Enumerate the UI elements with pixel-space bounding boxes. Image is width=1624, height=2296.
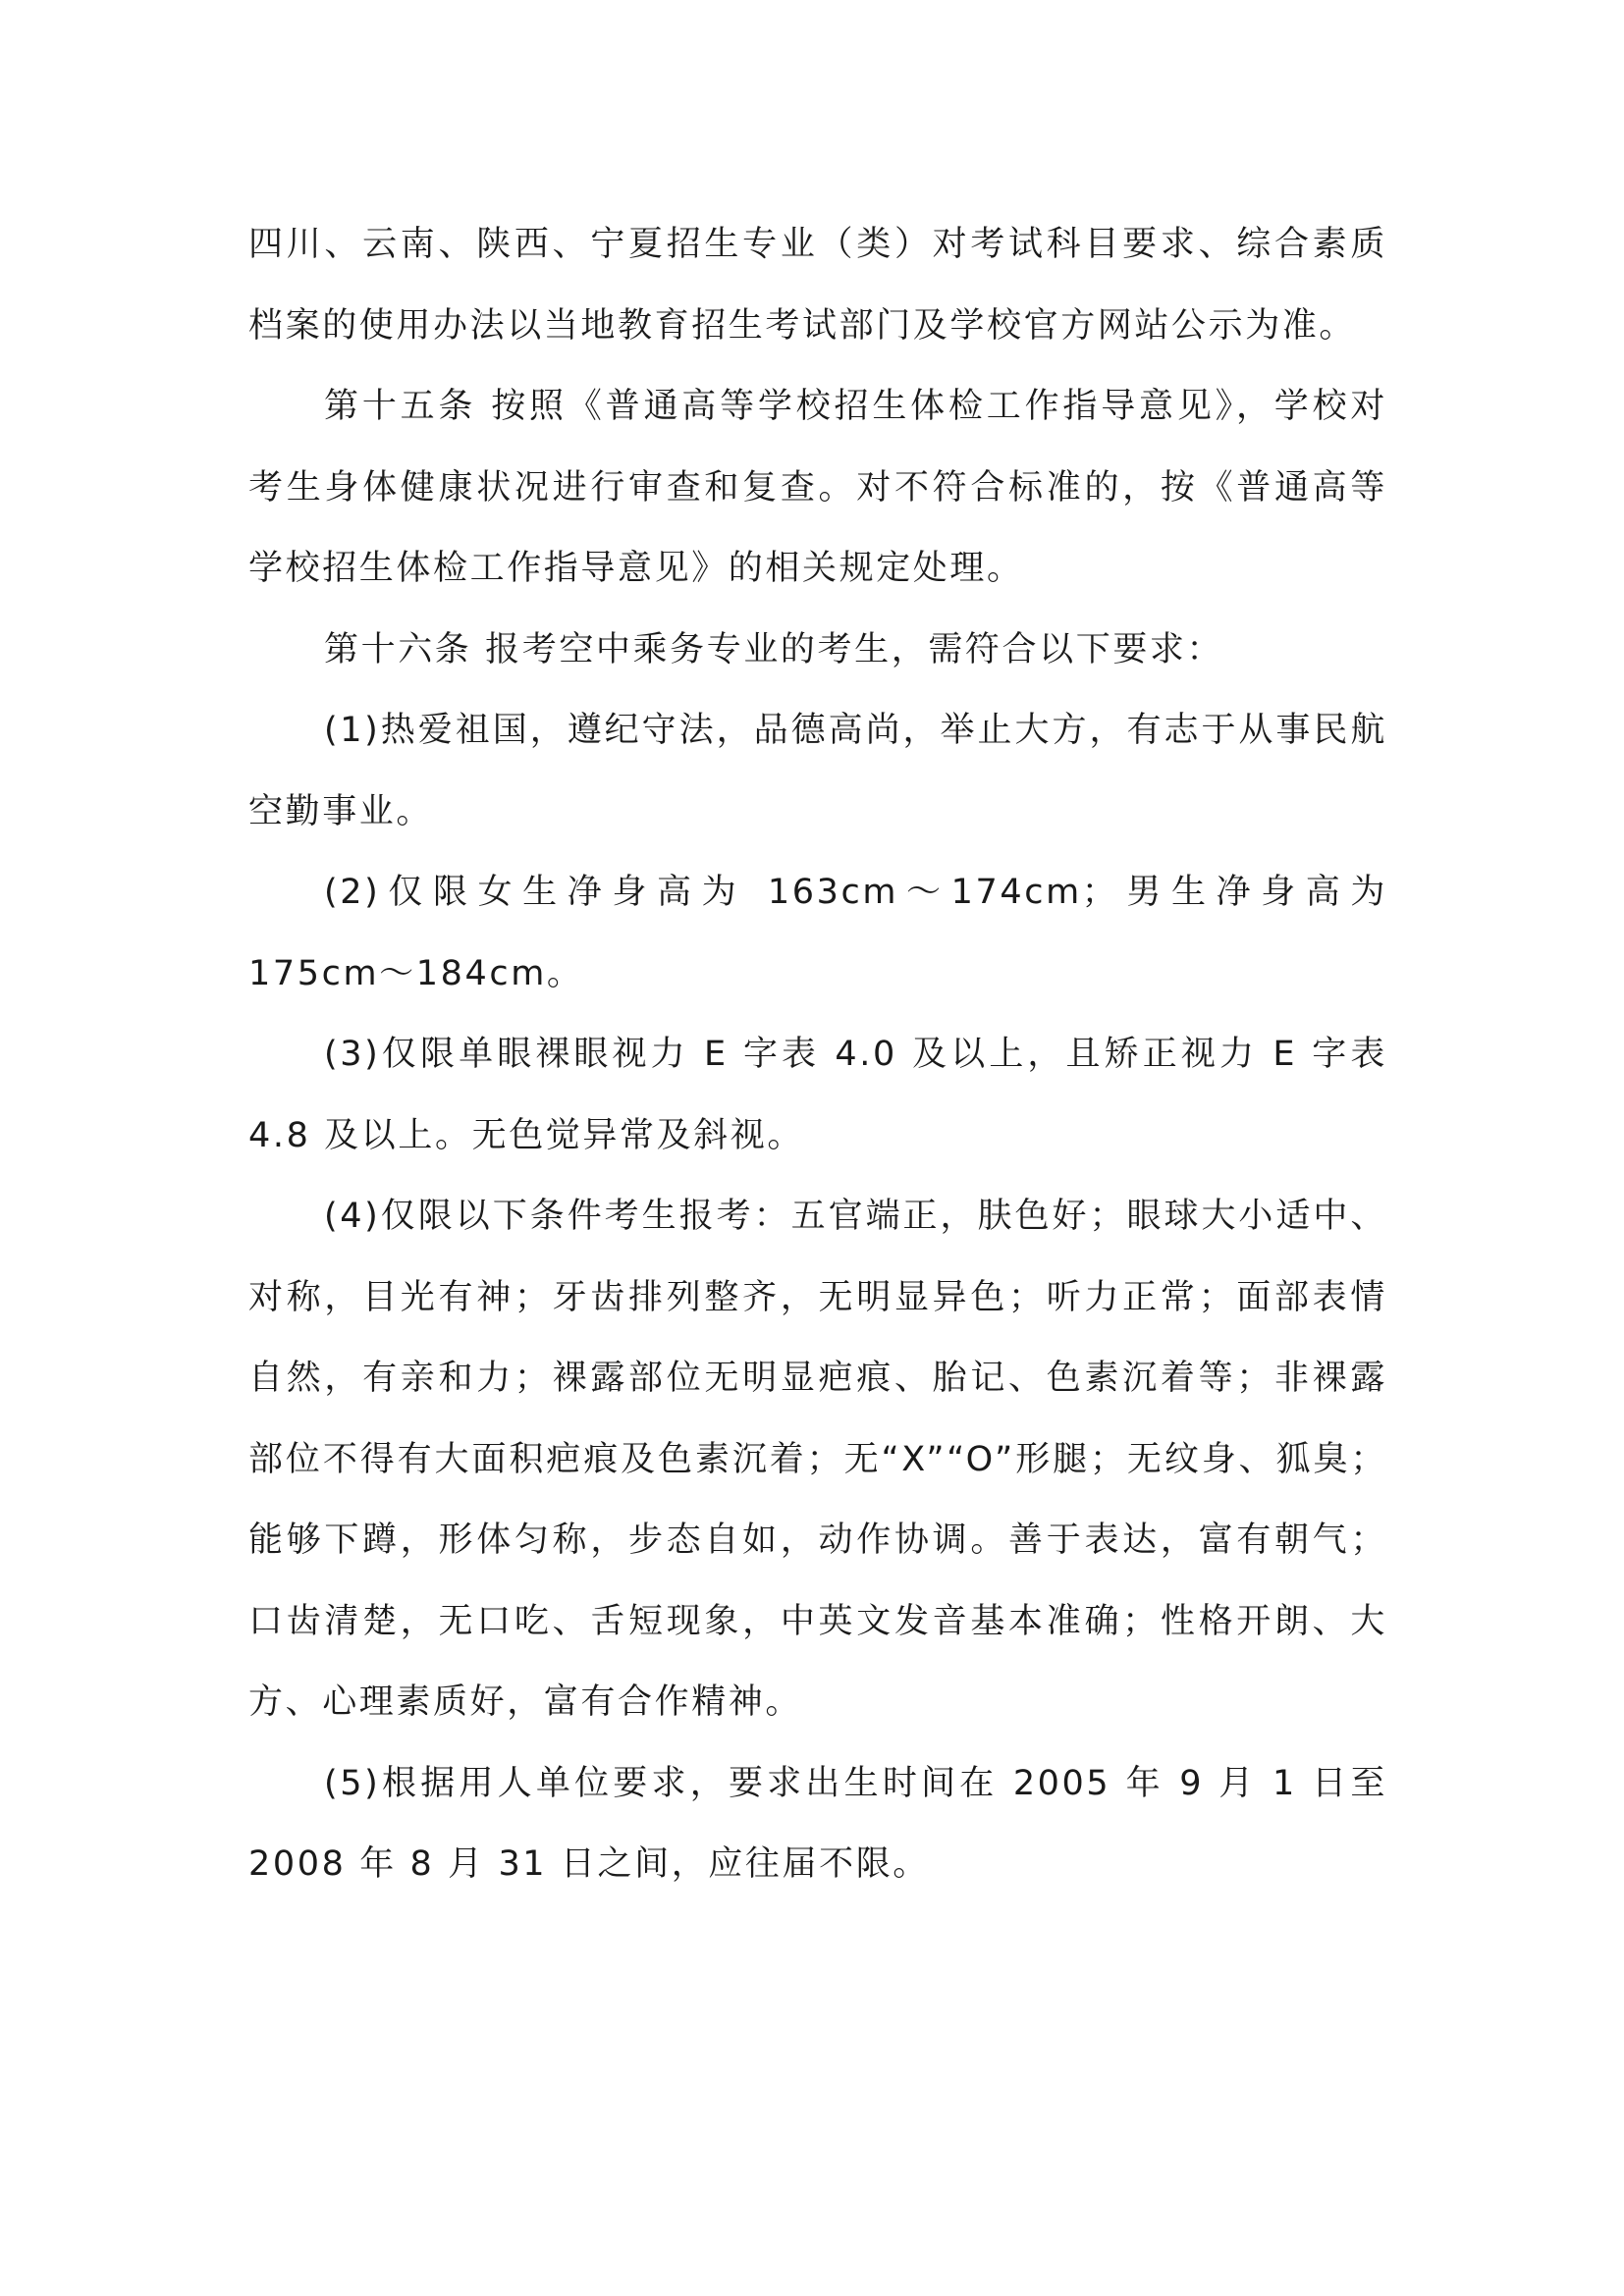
paragraph-article-15: 第十五条 按照《普通高等学校招生体检工作指导意见》，学校对考生身体健康状况进行审…: [248, 366, 1387, 610]
requirement-item-3: (3)仅限单眼裸眼视力 E 字表 4.0 及以上，且矫正视力 E 字表 4.8 …: [248, 1014, 1387, 1176]
document-page: 四川、云南、陕西、宁夏招生专业（类）对考试科目要求、综合素质档案的使用办法以当地…: [248, 204, 1387, 1905]
requirement-item-5: (5)根据用人单位要求，要求出生时间在 2005 年 9 月 1 日至 2008…: [248, 1743, 1387, 1905]
requirement-item-2: (2)仅限女生净身高为 163cm～174cm；男生净身高为 175cm～184…: [248, 852, 1387, 1014]
paragraph-article-16: 第十六条 报考空中乘务专业的考生，需符合以下要求：: [248, 610, 1387, 691]
requirement-item-4: (4)仅限以下条件考生报考：五官端正，肤色好；眼球大小适中、对称，目光有神；牙齿…: [248, 1176, 1387, 1743]
requirement-item-1: (1)热爱祖国，遵纪守法，品德高尚，举止大方，有志于从事民航空勤事业。: [248, 690, 1387, 852]
paragraph-continuation: 四川、云南、陕西、宁夏招生专业（类）对考试科目要求、综合素质档案的使用办法以当地…: [248, 204, 1387, 366]
